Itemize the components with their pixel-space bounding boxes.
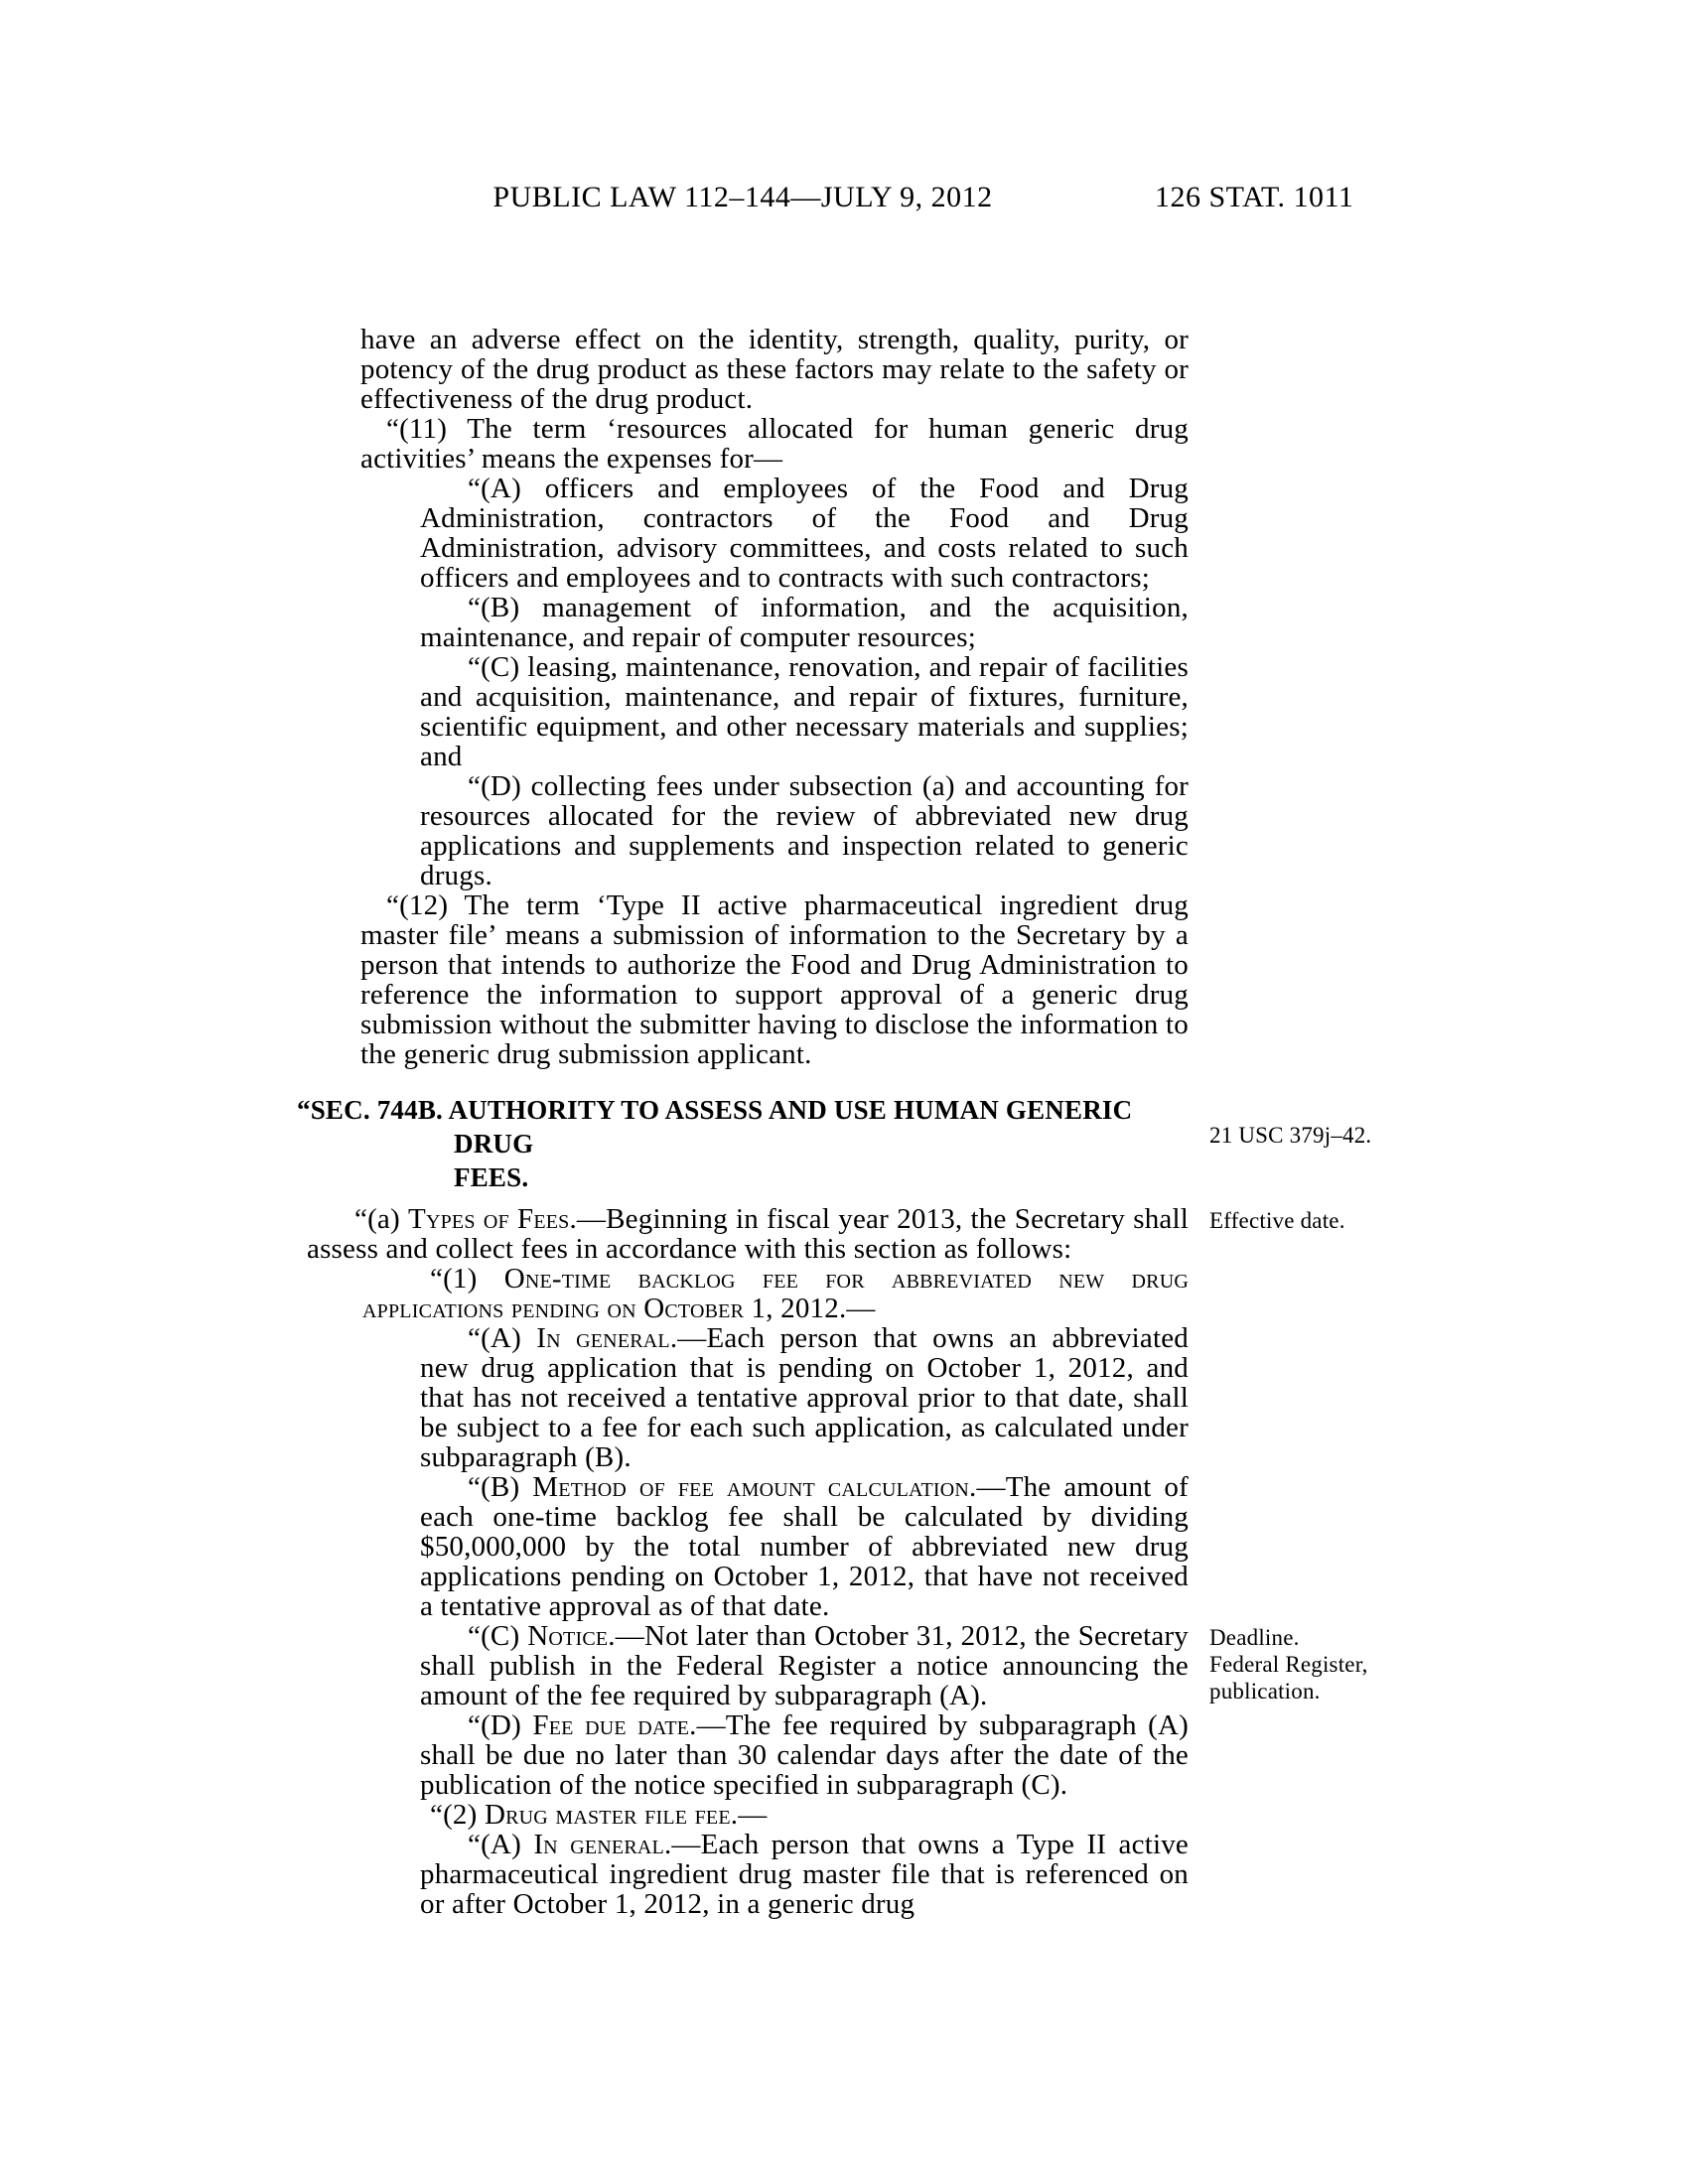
small-caps-segment: In general [533,1829,664,1860]
small-caps-segment: Fee due date [532,1709,689,1741]
margin-note: Deadline.Federal Register,publication. [1209,1624,1458,1705]
paragraph-text: “(D) Fee due date.—The fee required by s… [420,1710,1189,1800]
paragraph-row: “(A) In general.—Each person that owns a… [297,1323,1189,1472]
text-segment: “SEC. 744B. AUTHORITY TO ASSESS AND USE … [297,1095,1132,1159]
text-segment: “(12) The term ‘Type II active pharmaceu… [360,889,1189,1070]
paragraph-row: “(C) Notice.—Not later than October 31, … [297,1621,1189,1710]
text-segment: “(C) leasing, maintenance, renovation, a… [420,651,1189,772]
paragraph-text: “(C) Notice.—Not later than October 31, … [420,1621,1189,1710]
paragraph-row: “(B) Method of fee amount calculation.—T… [297,1472,1189,1621]
running-head: PUBLIC LAW 112–144—JULY 9, 2012 [297,182,1189,213]
statute-body: have an adverse effect on the identity, … [297,325,1189,1919]
paragraph-row: “(D) Fee due date.—The fee required by s… [297,1710,1189,1800]
text-segment: .— [839,1293,876,1324]
small-caps-segment: Drug master file fee [485,1799,731,1831]
paragraph-row: “(12) The term ‘Type II active pharmaceu… [297,890,1189,1069]
paragraph-text: “(11) The term ‘resources allocated for … [360,414,1189,474]
paragraph-row: “SEC. 744B. AUTHORITY TO ASSESS AND USE … [297,1093,1189,1194]
paragraph-row: “(C) leasing, maintenance, renovation, a… [297,652,1189,771]
text-segment: “(C) [468,1620,527,1652]
text-segment: “(A) [468,1322,536,1354]
text-segment: “(D) [468,1709,532,1741]
margin-note-line: Federal Register, [1209,1651,1458,1678]
paragraph-text: “(12) The term ‘Type II active pharmaceu… [360,890,1189,1069]
margin-note-line: Deadline. [1209,1624,1458,1651]
paragraph-row: “(1) One-time backlog fee for abbreviate… [297,1264,1189,1323]
paragraph-row: “(a) Types of Fees.—Beginning in fiscal … [297,1204,1189,1264]
paragraph-text: “(D) collecting fees under subsection (a… [420,771,1189,890]
paragraph-row: “(B) management of information, and the … [297,593,1189,652]
text-segment: “(2) [430,1799,485,1831]
paragraph-text: “(B) management of information, and the … [420,593,1189,652]
small-caps-segment: In general [536,1322,670,1354]
section-heading: “SEC. 744B. AUTHORITY TO ASSESS AND USE … [297,1093,1189,1194]
small-caps-segment: Notice [527,1620,608,1652]
margin-note-line: publication. [1209,1678,1458,1705]
margin-note: 21 USC 379j–42. [1209,1122,1458,1149]
text-segment: “(B) [468,1471,532,1503]
paragraph-row: “(11) The term ‘resources allocated for … [297,414,1189,474]
paragraph-row: “(A) In general.—Each person that owns a… [297,1830,1189,1919]
margin-note: Effective date. [1209,1207,1458,1234]
text-segment: “(D) collecting fees under subsection (a… [420,770,1189,891]
paragraph-text: “(A) In general.—Each person that owns a… [420,1830,1189,1919]
paragraph-text: “(a) Types of Fees.—Beginning in fiscal … [307,1204,1189,1264]
paragraph-row: “(D) collecting fees under subsection (a… [297,771,1189,890]
text-segment: “(11) The term ‘resources allocated for … [360,413,1189,475]
margin-note-line: 21 USC 379j–42. [1209,1122,1458,1149]
paragraph-text: “(2) Drug master file fee.— [362,1800,1189,1830]
paragraph-text: “(C) leasing, maintenance, renovation, a… [420,652,1189,771]
paragraph-text: “(A) In general.—Each person that owns a… [420,1323,1189,1472]
paragraph-text: “(B) Method of fee amount calculation.—T… [420,1472,1189,1621]
text-segment: “(1) [430,1263,504,1295]
statute-page: PUBLIC LAW 112–144—JULY 9, 2012 126 STAT… [0,0,1688,2184]
paragraph-row: “(A) officers and employees of the Food … [297,474,1189,593]
paragraph-row: “(2) Drug master file fee.— [297,1800,1189,1830]
text-segment: “(A) [468,1829,533,1860]
text-segment: “(A) officers and employees of the Food … [420,473,1189,594]
paragraph-row: have an adverse effect on the identity, … [297,325,1189,414]
text-segment: “(a) [354,1203,408,1235]
margin-note-line: Effective date. [1209,1207,1458,1234]
stat-page-number: 126 STAT. 1011 [1155,182,1353,213]
paragraph-text: have an adverse effect on the identity, … [360,325,1189,414]
text-segment: FEES. [454,1162,528,1192]
text-segment: have an adverse effect on the identity, … [360,324,1189,415]
paragraph-text: “(A) officers and employees of the Food … [420,474,1189,593]
small-caps-segment: Types of Fees [408,1203,569,1235]
text-segment: “(B) management of information, and the … [420,592,1189,653]
small-caps-segment: Method of fee amount calculation [532,1471,969,1503]
paragraph-text: “(1) One-time backlog fee for abbreviate… [362,1264,1189,1323]
text-segment: .— [731,1799,768,1831]
